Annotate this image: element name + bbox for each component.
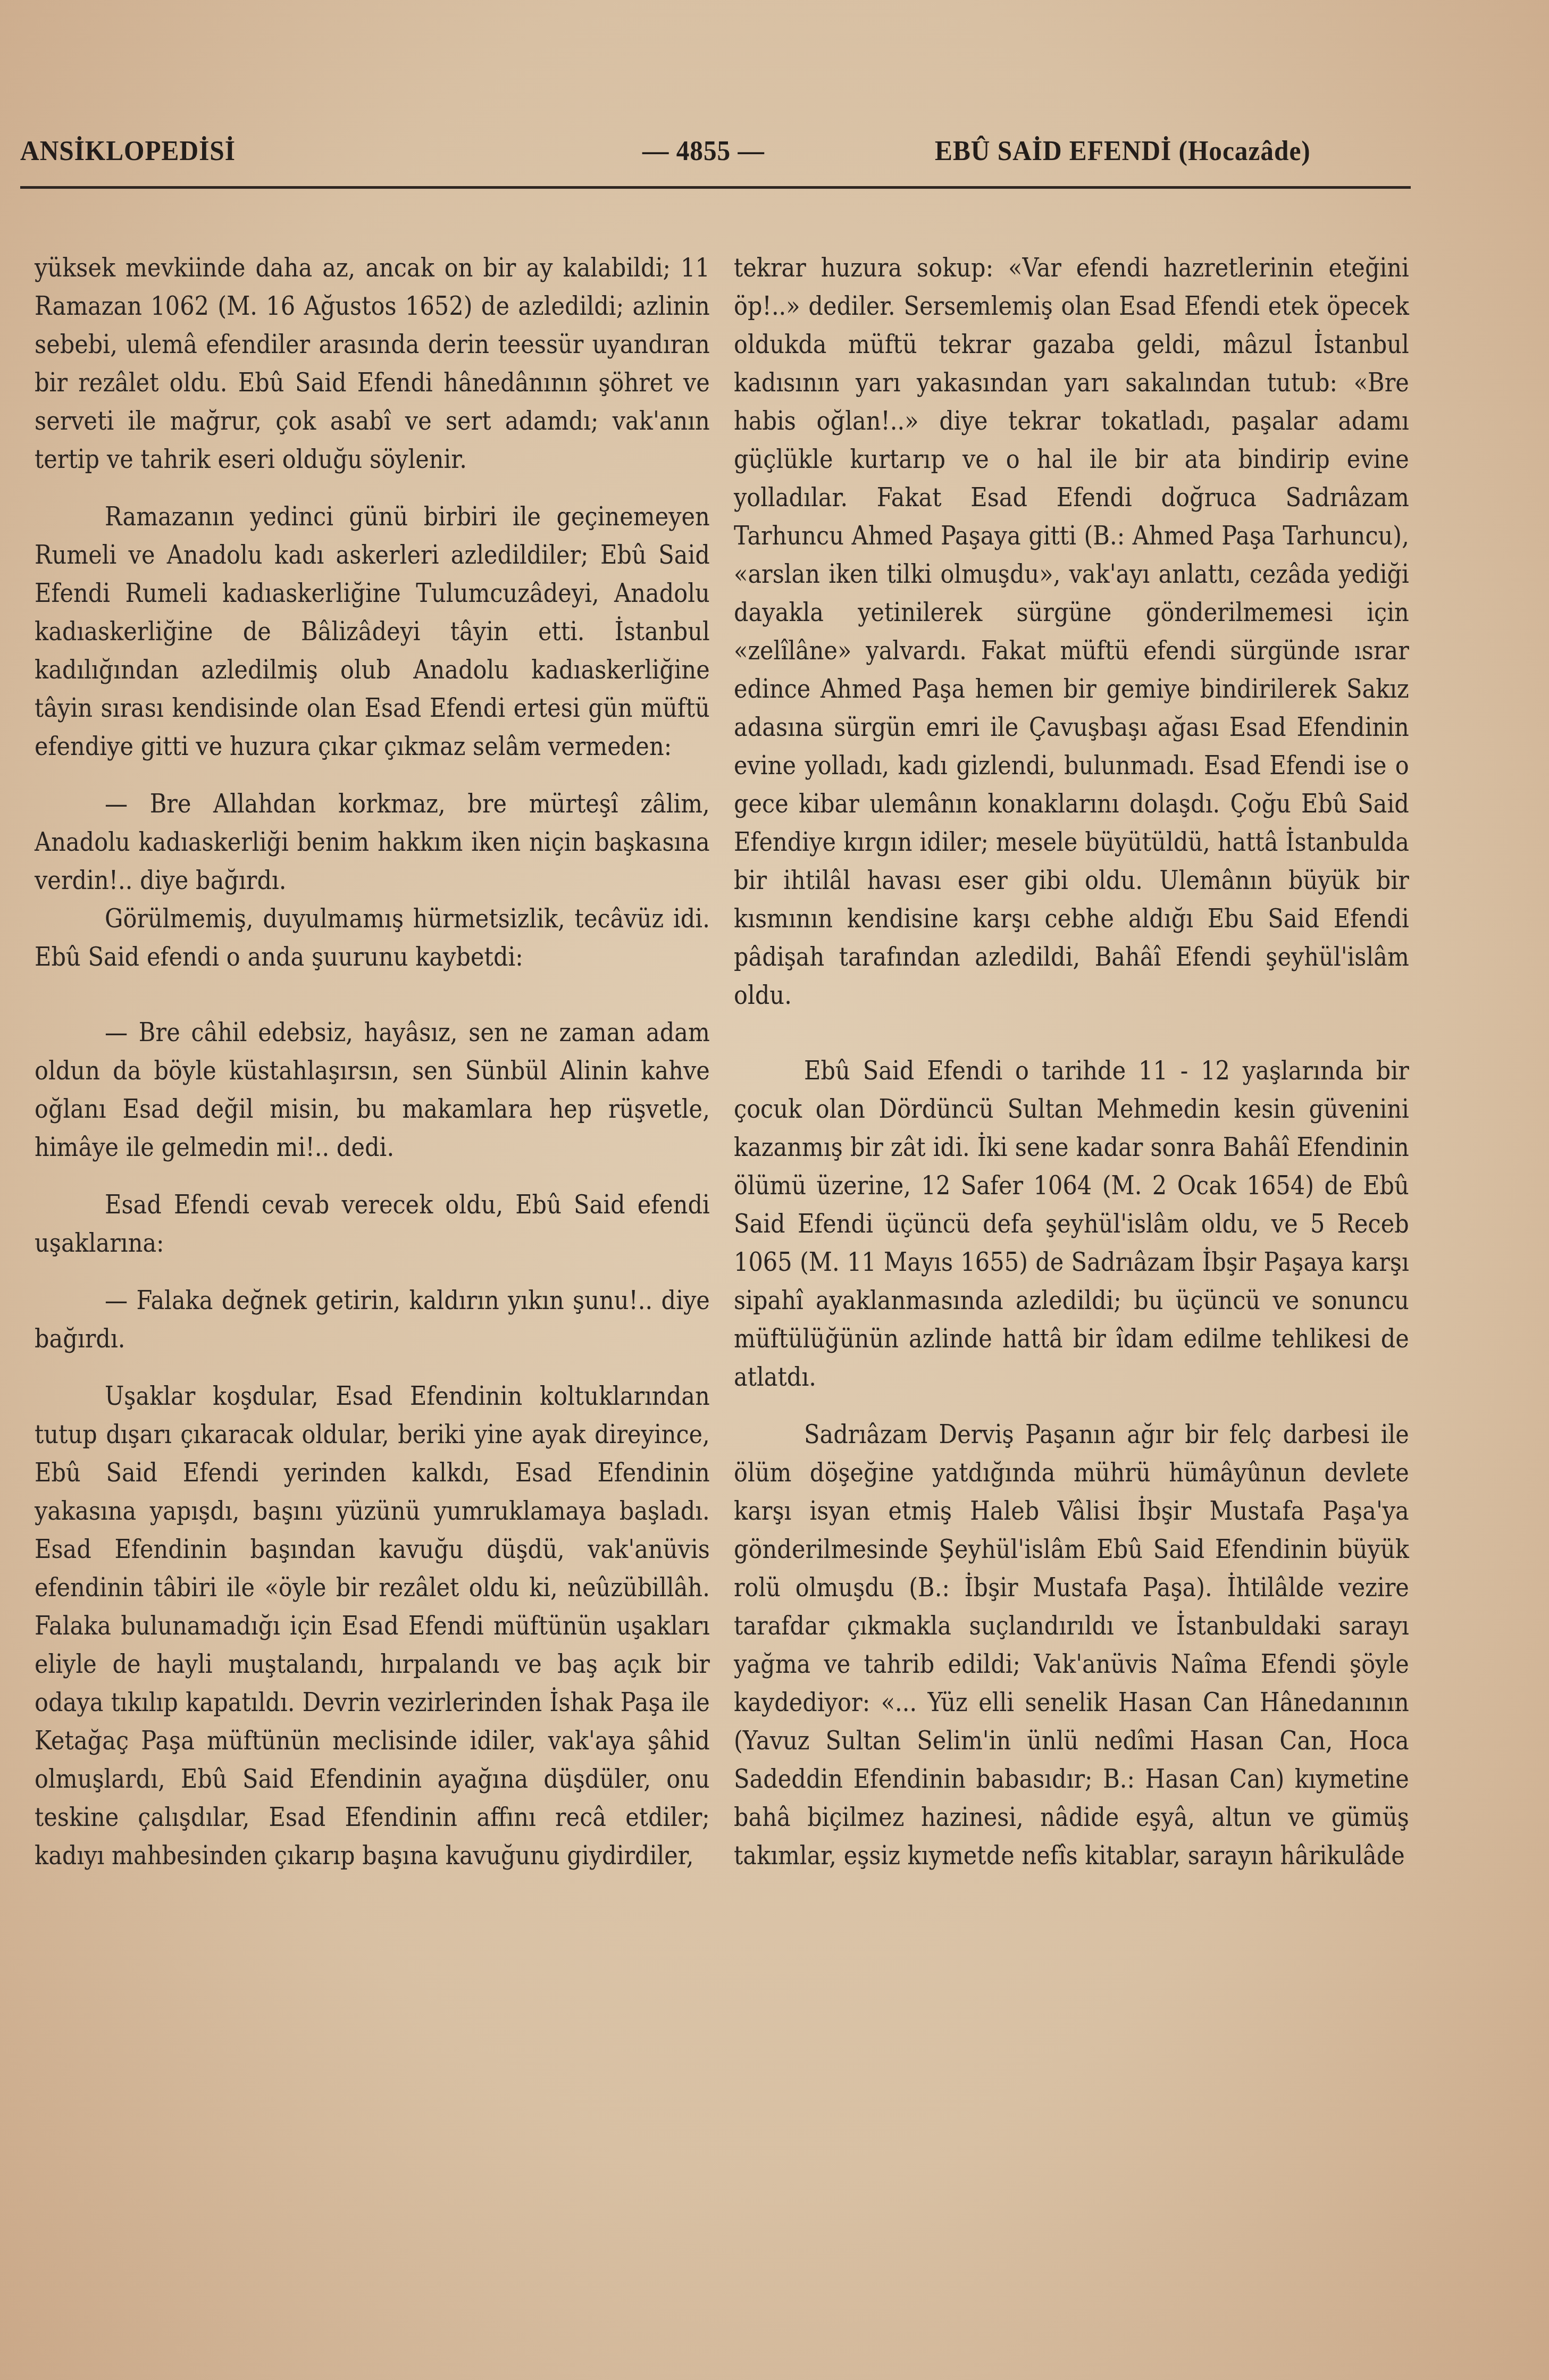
paragraph: Görülmemiş, duyulmamış hürmetsizlik, tec…	[35, 900, 710, 976]
paragraph: Ebû Said Efendi o tarihde 11 - 12 yaşlar…	[734, 1052, 1409, 1396]
quote-paragraph: — Bre Allahdan korkmaz, bre mürteşî zâli…	[35, 785, 710, 900]
header-rule-divider	[20, 186, 1411, 189]
running-header: ANSİKLOPEDİSİ — 4855 — EBÛ SAİD EFENDİ (…	[20, 136, 1413, 178]
paragraph: Ramazanın yedinci günü birbiri ile geçin…	[35, 498, 710, 766]
header-article-title: EBÛ SAİD EFENDİ (Hocazâde)	[935, 136, 1311, 167]
paragraph: Uşaklar koşdular, Esad Efendinin koltukl…	[35, 1377, 710, 1875]
quote-paragraph: — Bre câhil edebsiz, hayâsız, sen ne zam…	[35, 1013, 710, 1167]
paragraph: yüksek mevkiinde daha az, ancak on bir a…	[35, 249, 710, 479]
paragraph: Sadrıâzam Derviş Paşanın ağır bir felç d…	[734, 1415, 1409, 1875]
paragraph: tekrar huzura sokup: «Var efendi hazretl…	[734, 249, 1409, 1015]
page-number: — 4855 —	[642, 136, 765, 167]
paragraph: Esad Efendi cevab verecek oldu, Ebû Said…	[35, 1186, 710, 1262]
right-column: tekrar huzura sokup: «Var efendi hazretl…	[734, 249, 1409, 1875]
quote-paragraph: — Falaka değnek getirin, kaldırın yıkın …	[35, 1281, 710, 1358]
left-column: yüksek mevkiinde daha az, ancak on bir a…	[35, 249, 710, 1875]
header-encyclopedia-title: ANSİKLOPEDİSİ	[20, 136, 236, 167]
